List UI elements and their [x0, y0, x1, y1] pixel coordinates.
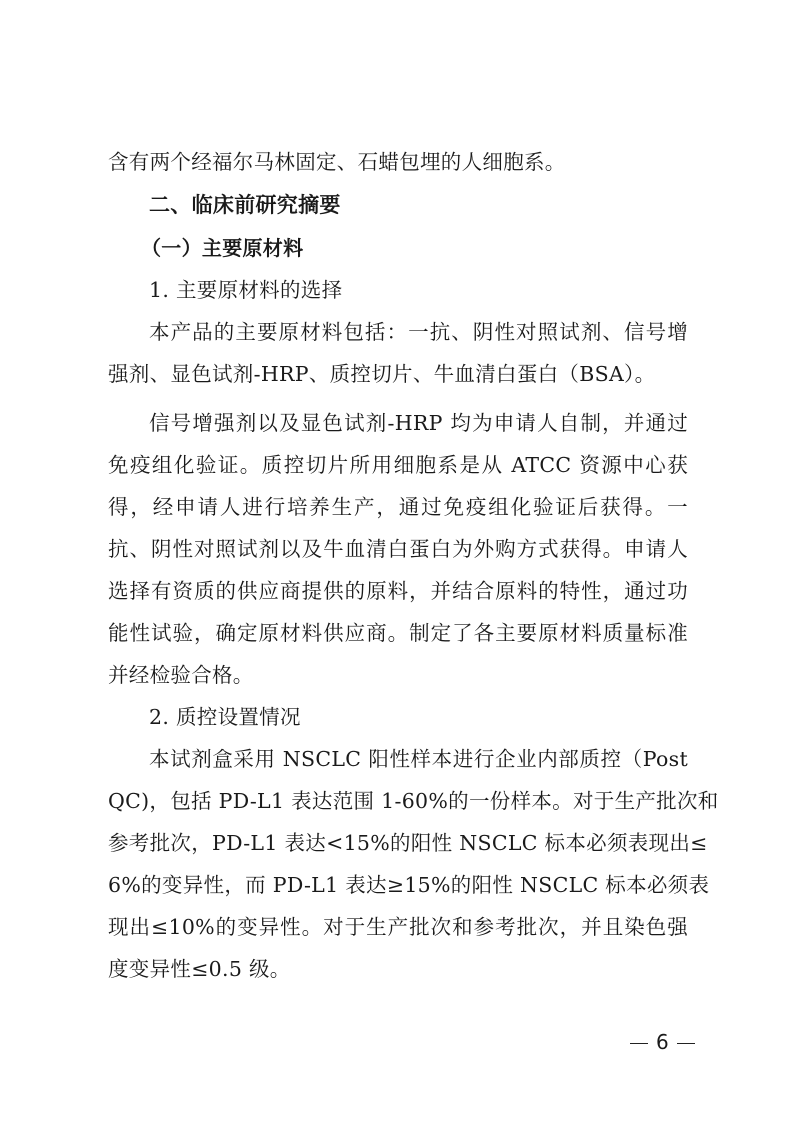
paragraph-line: 并经检验合格。 — [108, 665, 688, 686]
page-number-value: 6 — [656, 1030, 669, 1054]
paragraph-line: 6%的变异性，而 PD-L1 表达≥15%的阳性 NSCLC 标本必须表 — [108, 875, 688, 896]
paragraph-line: 信号增强剂以及显色试剂-HRP 均为申请人自制，并通过 — [149, 413, 688, 434]
paragraph-line: 得，经申请人进行培养生产，通过免疫组化验证后获得。一 — [108, 497, 688, 518]
paragraph-line: 强剂、显色试剂-HRP、质控切片、牛血清白蛋白（BSA）。 — [108, 364, 688, 385]
item-heading: 1. 主要原材料的选择 — [149, 280, 729, 301]
paragraph-line: 参考批次，PD-L1 表达<15%的阳性 NSCLC 标本必须表现出≤ — [108, 833, 688, 854]
paragraph-line: 现出≤10%的变异性。对于生产批次和参考批次，并且染色强 — [108, 917, 688, 938]
dash-left — [630, 1043, 648, 1044]
paragraph-line: 度变异性≤0.5 级。 — [108, 959, 688, 980]
paragraph-line: 本产品的主要原材料包括：一抗、阴性对照试剂、信号增 — [149, 322, 688, 343]
subsection-heading: （一）主要原材料 — [141, 238, 721, 258]
paragraph-line: QC)，包括 PD-L1 表达范围 1-60%的一份样本。对于生产批次和 — [108, 791, 688, 812]
paragraph-line: 选择有资质的供应商提供的原料，并结合原料的特性，通过功 — [108, 581, 688, 602]
section-heading: 二、临床前研究摘要 — [149, 195, 729, 216]
dash-right — [677, 1043, 695, 1044]
paragraph-line: 本试剂盒采用 NSCLC 阳性样本进行企业内部质控（Post — [149, 749, 688, 770]
paragraph-line: 免疫组化验证。质控切片所用细胞系是从 ATCC 资源中心获 — [108, 455, 688, 476]
page-number: 6 — [622, 1030, 703, 1054]
item-heading: 2. 质控设置情况 — [149, 707, 729, 728]
paragraph-line: 含有两个经福尔马林固定、石蜡包埋的人细胞系。 — [108, 152, 688, 173]
paragraph-line: 能性试验，确定原材料供应商。制定了各主要原材料质量标准 — [108, 623, 688, 644]
paragraph-line: 抗、阴性对照试剂以及牛血清白蛋白为外购方式获得。申请人 — [108, 539, 688, 560]
